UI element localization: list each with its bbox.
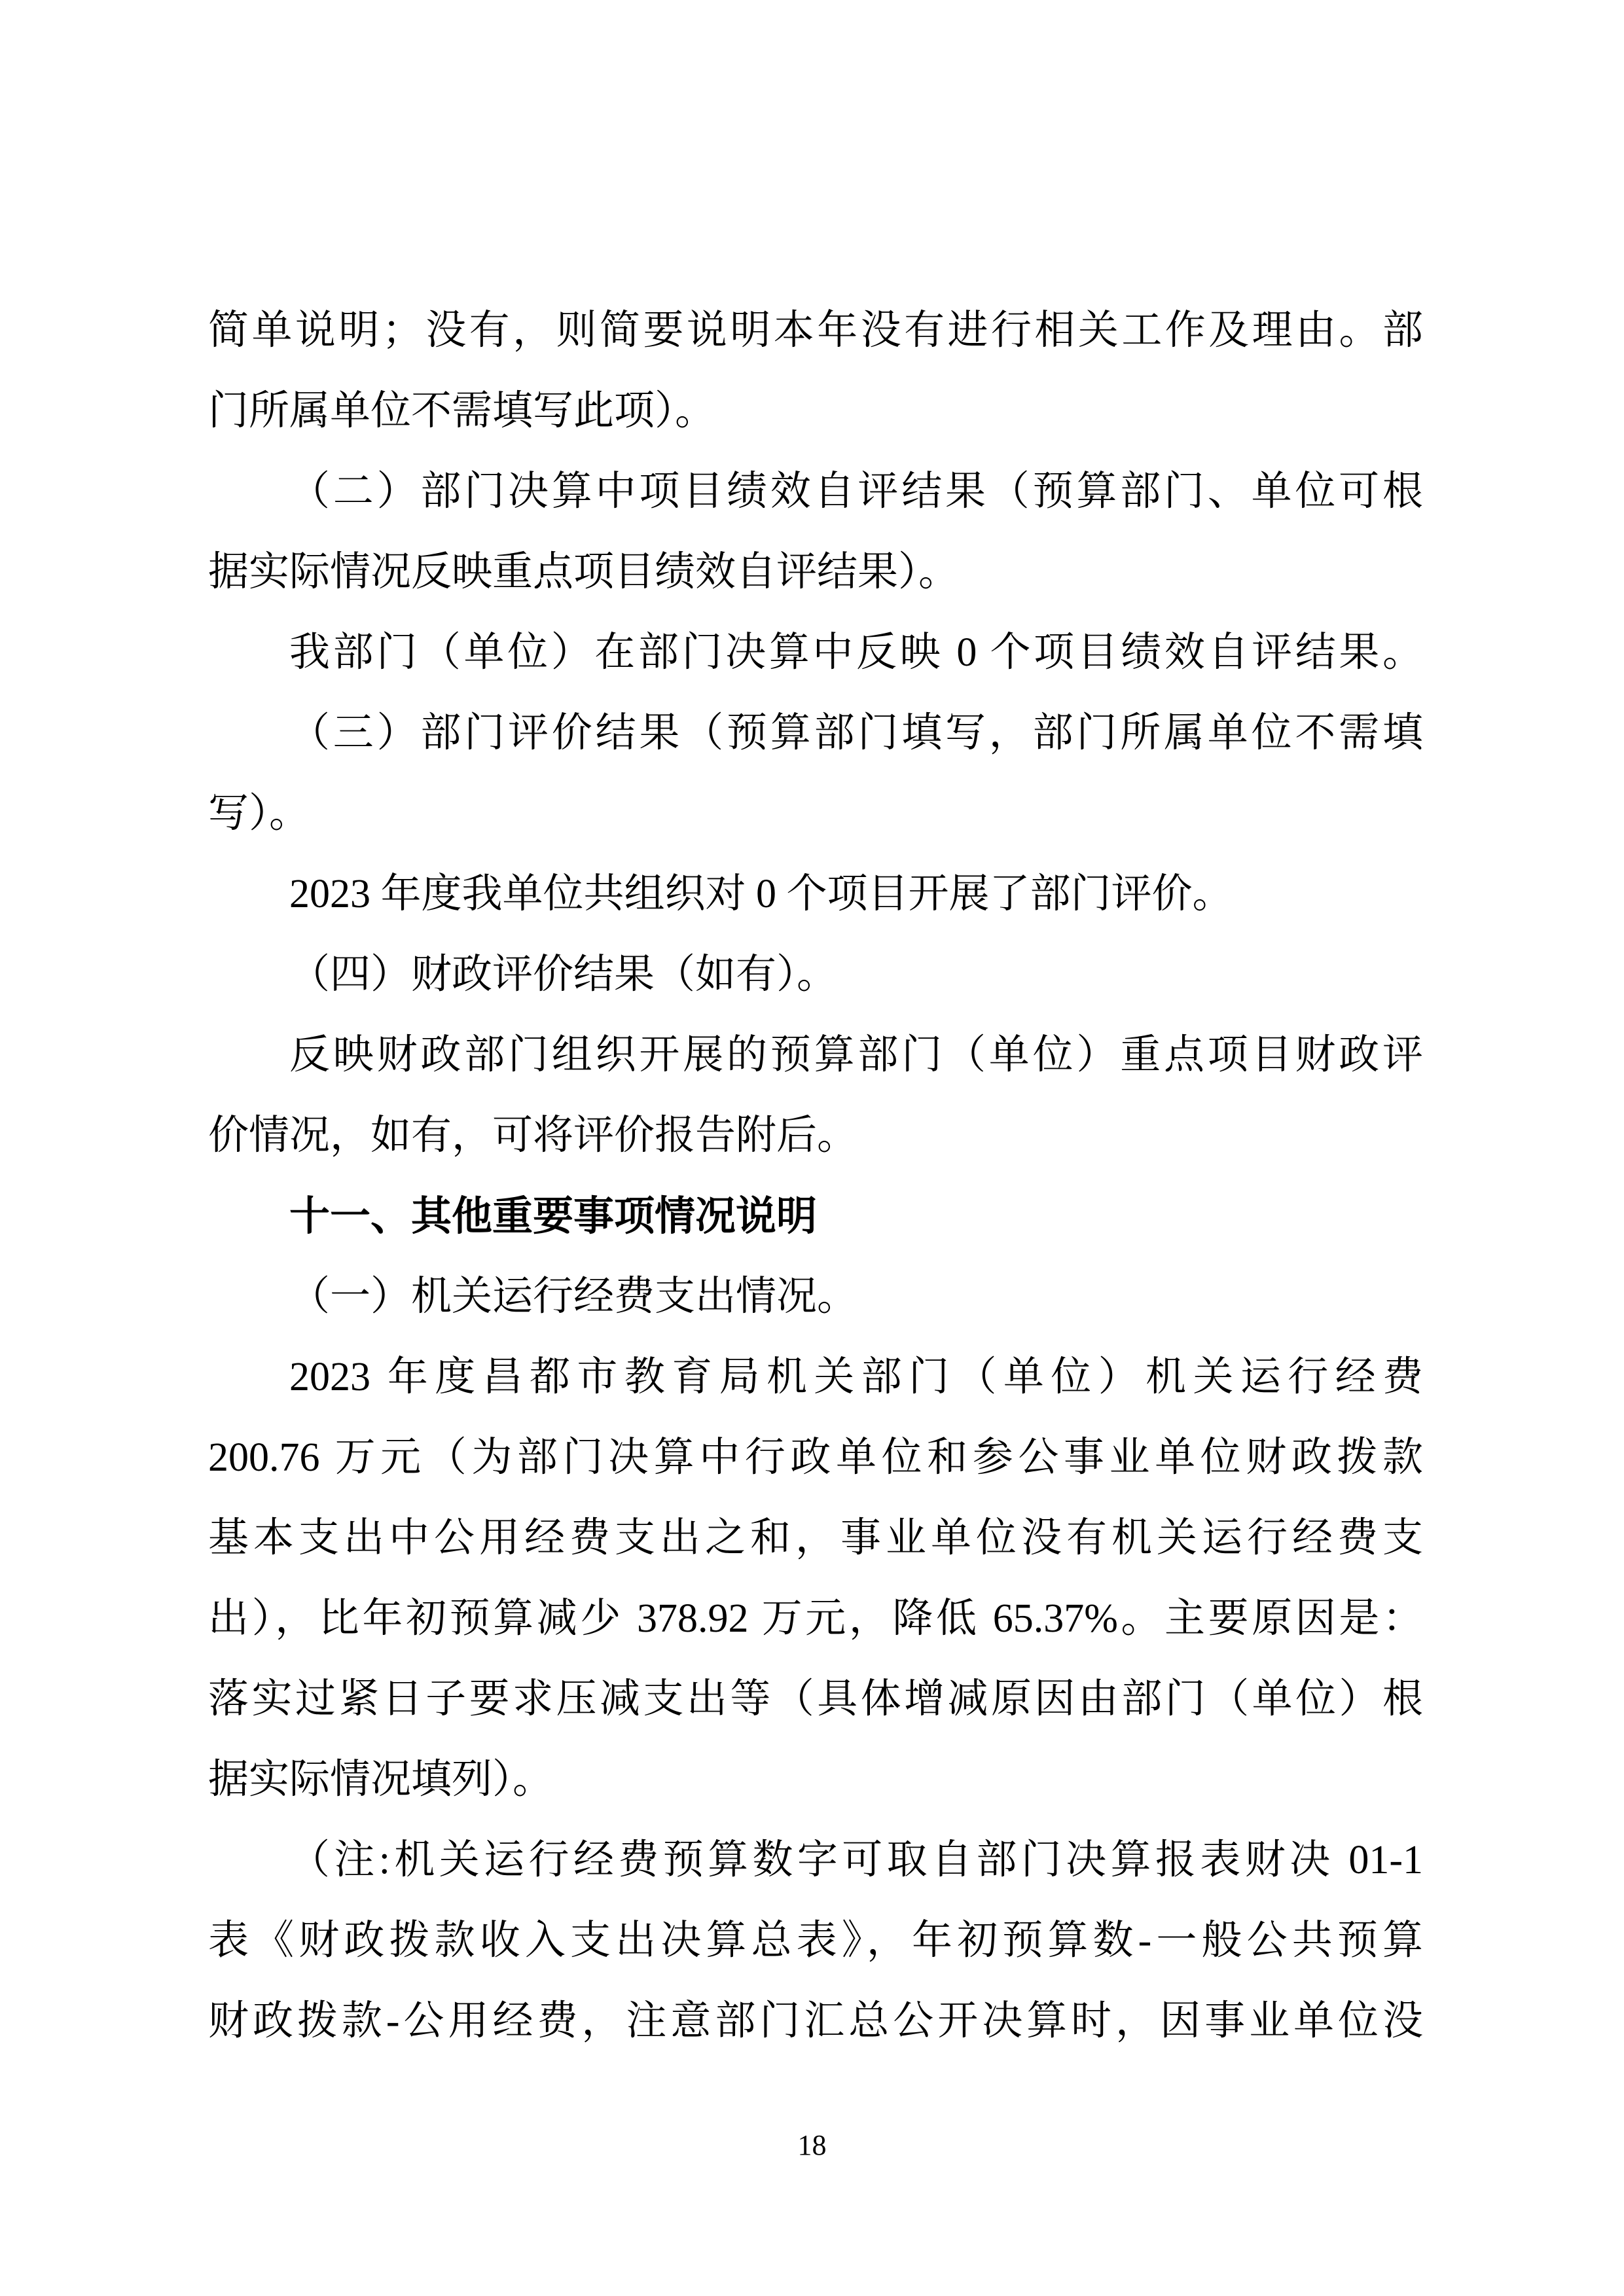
text-line: 出），比年初预算减少 378.92 万元，降低 65.37%。主要原因是： xyxy=(208,1579,1423,1659)
text-line: 简单说明；没有，则简要说明本年没有进行相关工作及理由。部 xyxy=(208,291,1423,371)
page-number: 18 xyxy=(0,2131,1624,2160)
text-line: 200.76 万元（为部门决算中行政单位和参公事业单位财政拨款 xyxy=(208,1418,1423,1498)
text-line: 2023 年度昌都市教育局机关部门（单位）机关运行经费 xyxy=(208,1337,1423,1418)
text-line: 价情况，如有，可将评价报告附后。 xyxy=(208,1096,1423,1176)
text-line: 据实际情况反映重点项目绩效自评结果）。 xyxy=(208,532,1423,613)
text-line: （四）财政评价结果（如有）。 xyxy=(208,935,1423,1015)
text-line: 门所属单位不需填写此项）。 xyxy=(208,371,1423,452)
text-line: 2023 年度我单位共组织对 0 个项目开展了部门评价。 xyxy=(208,854,1423,935)
text-line: 表《财政拨款收入支出决算总表》，年初预算数-一般公共预算 xyxy=(208,1901,1423,1981)
text-line: 基本支出中公用经费支出之和，事业单位没有机关运行经费支 xyxy=(208,1498,1423,1579)
text-line: （注:机关运行经费预算数字可取自部门决算报表财决 01-1 xyxy=(208,1820,1423,1901)
text-line: 据实际情况填列）。 xyxy=(208,1740,1423,1820)
section-heading: 十一、其他重要事项情况说明 xyxy=(208,1176,1423,1257)
text-line: 财政拨款-公用经费，注意部门汇总公开决算时，因事业单位没 xyxy=(208,1981,1423,2062)
text-line: （三）部门评价结果（预算部门填写，部门所属单位不需填 xyxy=(208,693,1423,774)
text-line: 写）。 xyxy=(208,774,1423,854)
document-body: 简单说明；没有，则简要说明本年没有进行相关工作及理由。部 门所属单位不需填写此项… xyxy=(208,291,1423,2062)
text-line: 我部门（单位）在部门决算中反映 0 个项目绩效自评结果。 xyxy=(208,613,1423,693)
text-line: （二）部门决算中项目绩效自评结果（预算部门、单位可根 xyxy=(208,452,1423,532)
text-line: 反映财政部门组织开展的预算部门（单位）重点项目财政评 xyxy=(208,1015,1423,1096)
text-line: （一）机关运行经费支出情况。 xyxy=(208,1257,1423,1337)
text-line: 落实过紧日子要求压减支出等（具体增减原因由部门（单位）根 xyxy=(208,1659,1423,1740)
document-page: 简单说明；没有，则简要说明本年没有进行相关工作及理由。部 门所属单位不需填写此项… xyxy=(0,0,1624,2296)
